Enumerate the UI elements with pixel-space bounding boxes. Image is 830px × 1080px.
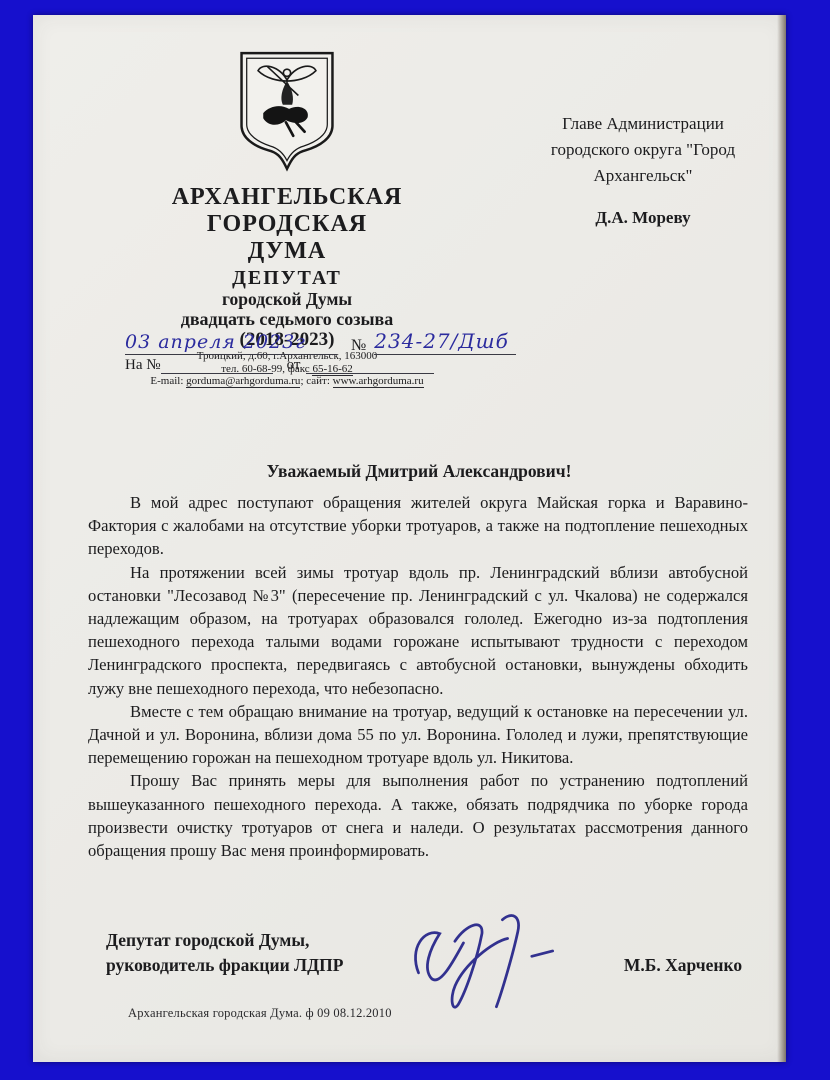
outgoing-reference-row: 03 апреля 2023г № 234-27/Дшб <box>125 321 516 355</box>
body-paragraph: В мой адрес поступают обращения жителей … <box>88 491 748 561</box>
recipient-line-1: Главе Администрации <box>493 111 793 137</box>
recipient-line-3: Архангельск" <box>493 163 793 189</box>
recipient-name: Д.А. Мореву <box>493 205 793 231</box>
reply-number-blank <box>161 359 273 374</box>
site-label: ; сайт: <box>300 375 332 387</box>
signature-autograph <box>403 898 593 1021</box>
org-name-line-2: ГОРОДСКАЯ <box>77 211 497 238</box>
incoming-reference-row: На № от <box>125 357 516 374</box>
body-paragraph: На протяжении всей зимы тротуар вдоль пр… <box>88 561 748 700</box>
body-paragraph: Вместе с тем обращаю внимание на тротуар… <box>88 700 748 770</box>
outgoing-date-field: 03 апреля 2023г <box>125 331 337 355</box>
signer-position: Депутат городской Думы, руководитель фра… <box>106 928 343 978</box>
outgoing-date-handwritten: 03 апреля 2023г <box>125 331 306 353</box>
org-name-line-3: ДУМА <box>77 238 497 265</box>
number-sign-label: № <box>351 337 366 355</box>
email-address: gorduma@arhgorduma.ru <box>186 375 300 388</box>
sender-role-sub: городской Думы <box>77 289 497 309</box>
from-label: от <box>287 357 301 374</box>
reference-block: 03 апреля 2023г № 234-27/Дшб На № от <box>125 321 516 374</box>
arkhangelsk-coat-of-arms-icon <box>231 49 343 178</box>
salutation: Уважаемый Дмитрий Александрович! <box>88 461 750 482</box>
site-address: www.arhgorduma.ru <box>333 375 424 388</box>
sender-role: ДЕПУТАТ <box>77 267 497 289</box>
recipient-line-2: городского округа "Город <box>493 137 793 163</box>
letter-body: В мой адрес поступают обращения жителей … <box>88 491 748 862</box>
screenshot-root: { "page": { "background_color": "#1610cd… <box>0 0 830 1080</box>
signer-name: М.Б. Харченко <box>598 955 768 976</box>
form-note: Архангельская городская Дума. ф 09 08.12… <box>128 1006 392 1021</box>
signer-position-line-2: руководитель фракции ЛДПР <box>106 953 343 978</box>
recipient-block: Главе Администрации городского округа "Г… <box>493 111 793 231</box>
reply-date-blank <box>306 359 434 374</box>
reply-to-label: На № <box>125 357 161 374</box>
letter-page: АРХАНГЕЛЬСКАЯ ГОРОДСКАЯ ДУМА ДЕПУТАТ гор… <box>33 15 786 1062</box>
email-label: E-mail: <box>150 375 186 387</box>
outgoing-number-handwritten: 234-27/Дшб <box>374 329 509 353</box>
outgoing-number-field: 234-27/Дшб <box>374 329 516 355</box>
signer-position-line-1: Депутат городской Думы, <box>106 928 343 953</box>
org-email-line: E-mail: gorduma@arhgorduma.ru; сайт: www… <box>77 376 497 388</box>
org-name-line-1: АРХАНГЕЛЬСКАЯ <box>77 184 497 211</box>
body-paragraph: Прошу Вас принять меры для выполнения ра… <box>88 769 748 862</box>
